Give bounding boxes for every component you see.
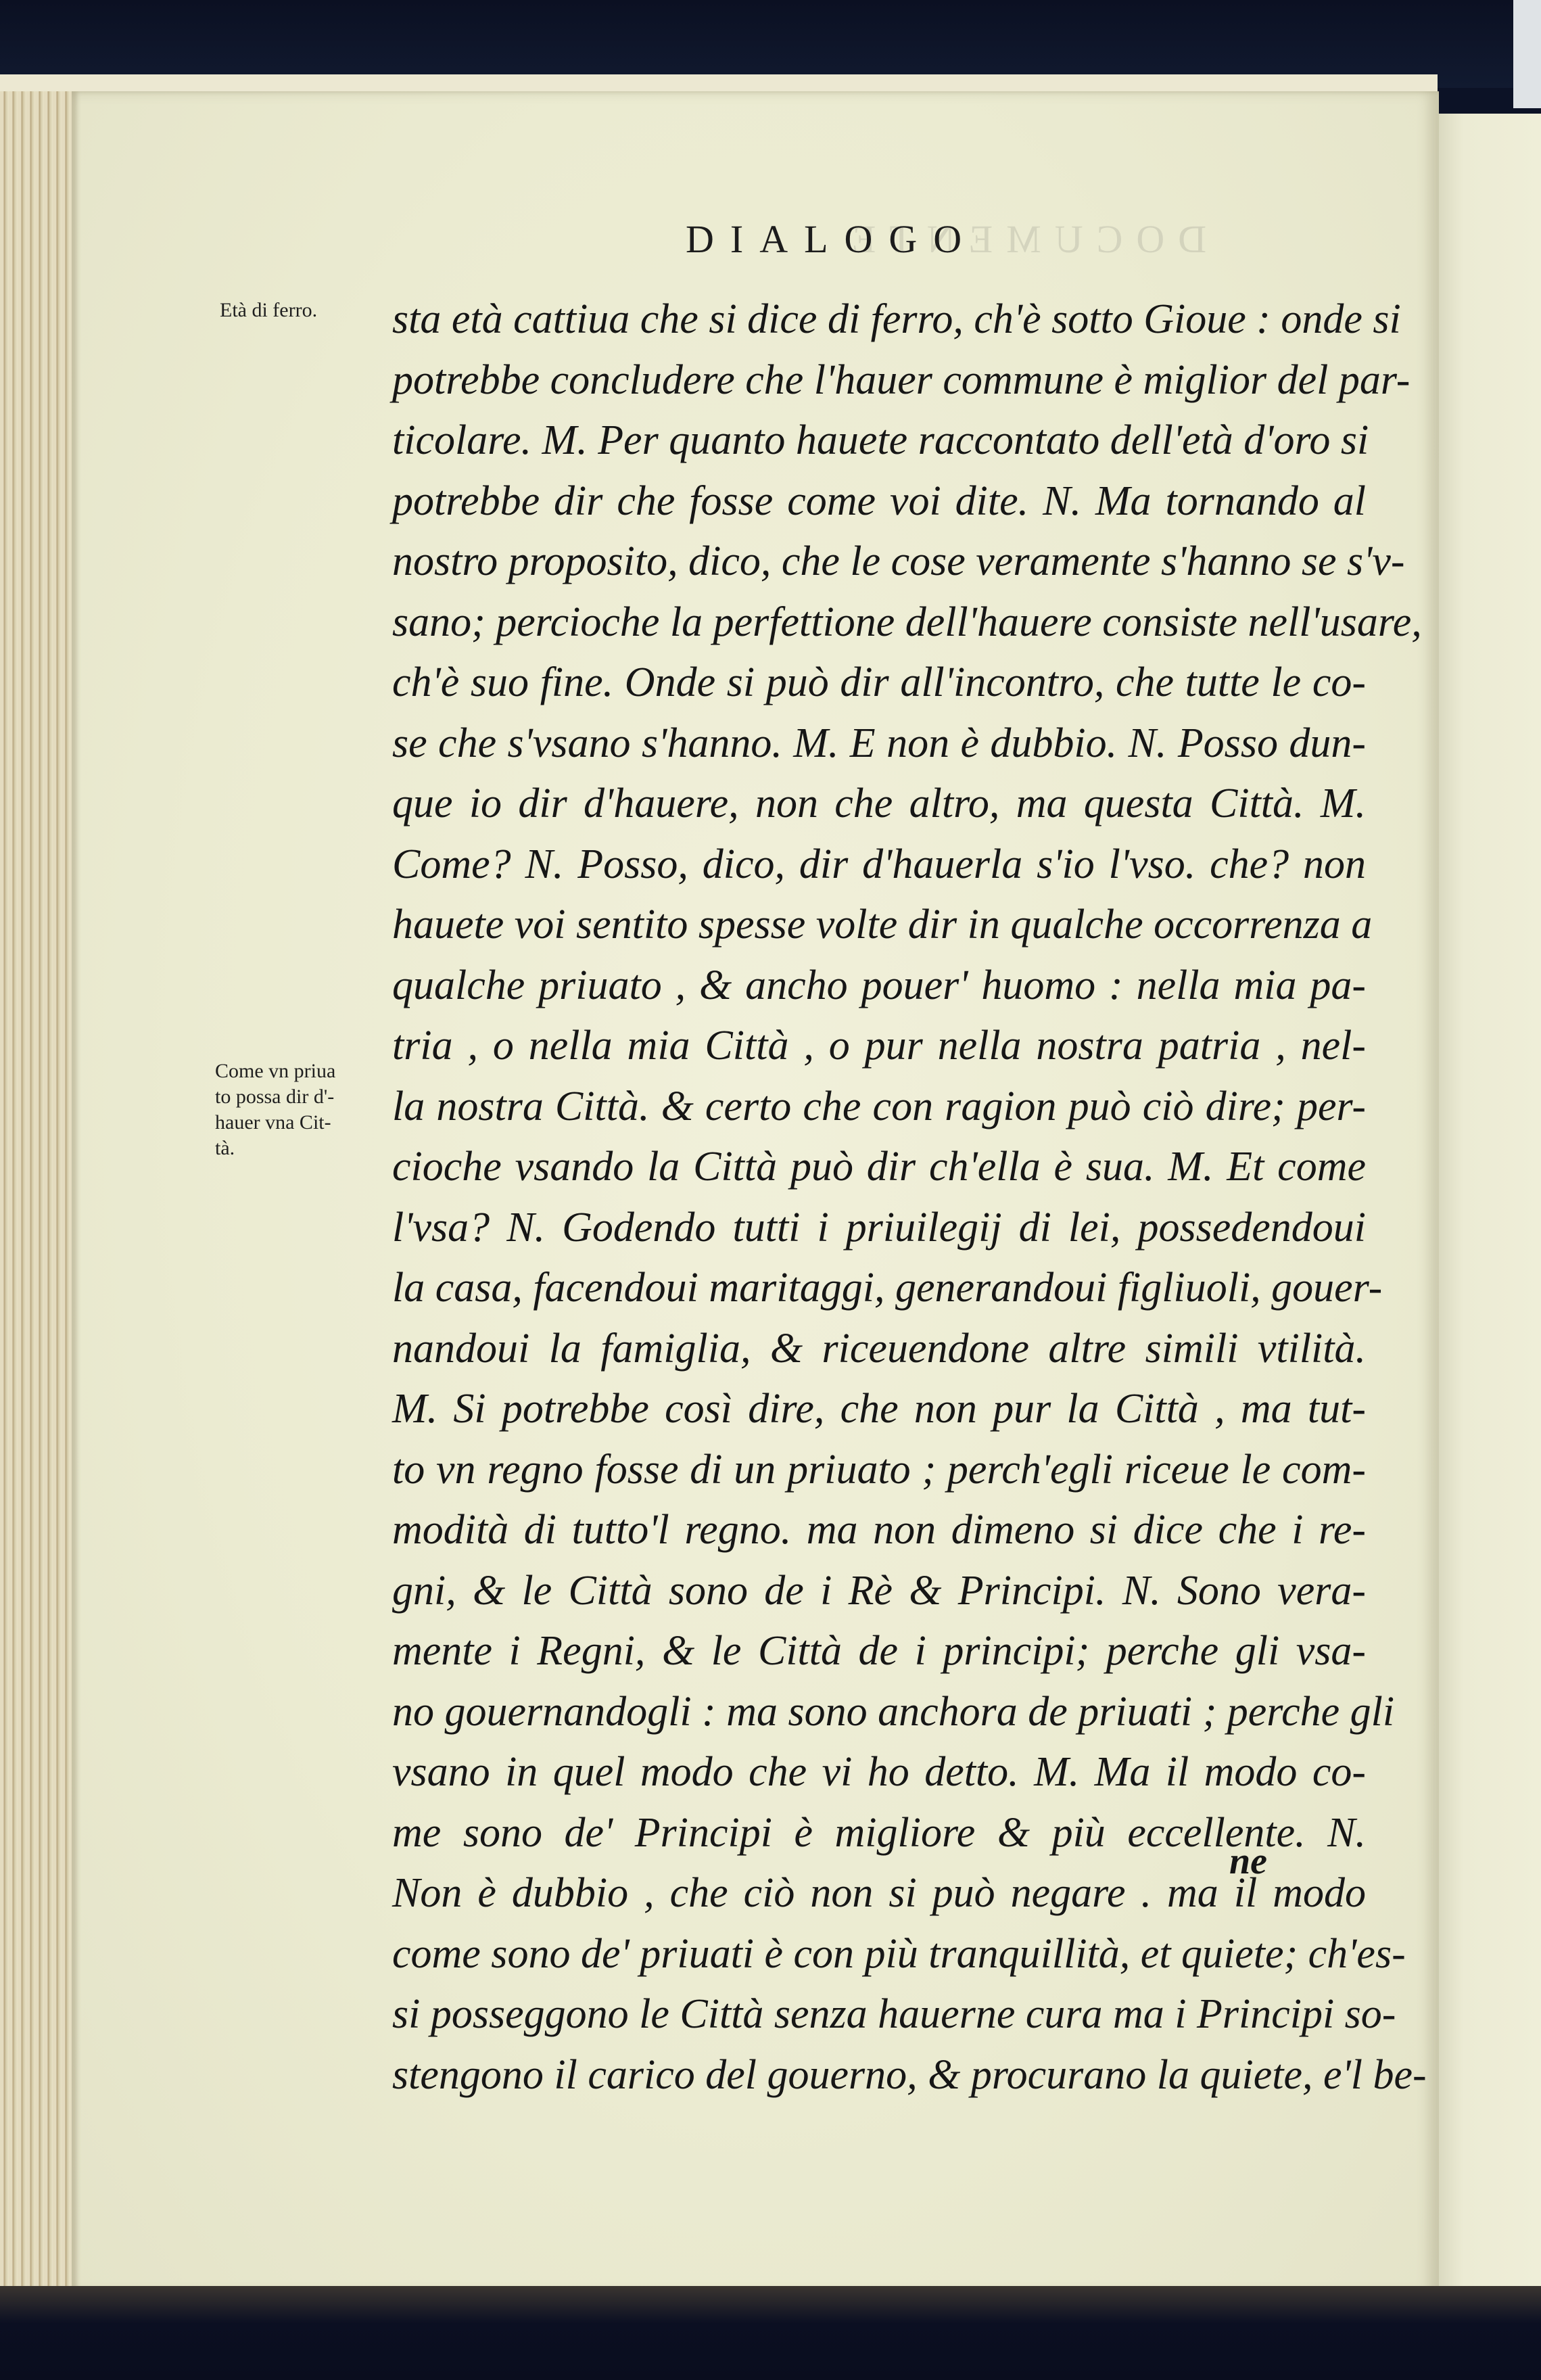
stacked-page-edges: [0, 91, 76, 2296]
text-line: to vn regno fosse di un priuato ; perch'…: [392, 1440, 1366, 1501]
margin-note-line: Come vn priua: [215, 1058, 384, 1084]
text-line: come sono de' priuati è con più tranquil…: [392, 1924, 1366, 1985]
margin-note-come-vn-priuato: Come vn priua to possa dir d'- hauer vna…: [215, 1058, 384, 1161]
text-line: sano; percioche la perfettione dell'haue…: [392, 592, 1366, 653]
text-line: sta età cattiua che si dice di ferro, ch…: [392, 289, 1366, 350]
text-line: ticolare. M. Per quanto hauete raccontat…: [392, 411, 1366, 471]
text-line: cioche vsando la Città può dir ch'ella è…: [392, 1137, 1366, 1198]
text-line: Non è dubbio , che ciò non si può negare…: [392, 1863, 1366, 1924]
page-top-edge: [0, 74, 1438, 93]
text-line: la casa, facendoui maritaggi, generandou…: [392, 1258, 1366, 1319]
text-line: qualche priuato , & ancho pouer' huomo :…: [392, 956, 1366, 1017]
running-head: DIALOGO: [686, 216, 978, 262]
scan-backdrop-bottom: [0, 2286, 1541, 2380]
text-line: nandoui la famiglia, & riceuendone altre…: [392, 1319, 1366, 1380]
text-line: me sono de' Principi è migliore & più ec…: [392, 1803, 1366, 1864]
text-line: si posseggono le Città senza hauerne cur…: [392, 1984, 1366, 2045]
margin-note-eta-di-ferro: Età di ferro.: [220, 298, 317, 323]
text-line: tria , o nella mia Città , o pur nella n…: [392, 1016, 1366, 1077]
text-line: potrebbe concludere che l'hauer commune …: [392, 350, 1366, 411]
text-line: gni, & le Città sono de i Rè & Principi.…: [392, 1561, 1366, 1622]
text-line: la nostra Città. & certo che con ragion …: [392, 1077, 1366, 1138]
facing-page-edge: [1438, 114, 1541, 2295]
margin-note-line: hauer vna Cit-: [215, 1110, 384, 1136]
margin-note-line: tà.: [215, 1136, 384, 1161]
margin-note-line: to possa dir d'-: [215, 1084, 384, 1110]
text-line: stengono il carico del gouerno, & procur…: [392, 2045, 1366, 2106]
text-line: que io dir d'hauere, non che altro, ma q…: [392, 774, 1366, 835]
text-line: mente i Regni, & le Città de i principi;…: [392, 1621, 1366, 1682]
text-line: modità di tutto'l regno. ma non dimeno s…: [392, 1500, 1366, 1561]
text-line: vsano in quel modo che vi ho detto. M. M…: [392, 1742, 1366, 1803]
text-line: M. Si potrebbe così dire, che non pur la…: [392, 1379, 1366, 1440]
text-line: nostro proposito, dico, che le cose vera…: [392, 532, 1366, 592]
text-line: Come? N. Posso, dico, dir d'hauerla s'io…: [392, 835, 1366, 895]
text-line: ch'è suo fine. Onde si può dir all'incon…: [392, 653, 1366, 714]
text-line: no gouernandogli : ma sono anchora de pr…: [392, 1682, 1366, 1743]
text-line: hauete voi sentito spesse volte dir in q…: [392, 895, 1366, 956]
body-text: sta età cattiua che si dice di ferro, ch…: [392, 289, 1379, 2105]
text-line: potrebbe dir che fosse come voi dite. N.…: [392, 471, 1366, 532]
text-line: l'vsa? N. Godendo tutti i priuilegij di …: [392, 1198, 1366, 1259]
scanner-bed-edge: [1513, 0, 1541, 108]
catchword: ne: [1229, 1840, 1267, 1883]
text-line: se che s'vsano s'hanno. M. E non è dubbi…: [392, 714, 1366, 774]
